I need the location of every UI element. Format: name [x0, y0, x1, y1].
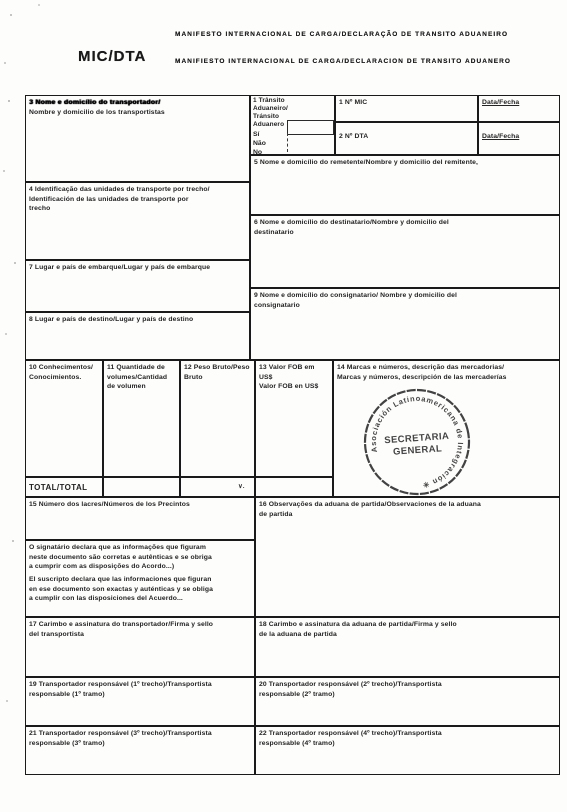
field-13-fob-value-cell: 13 Valor FOB em US$ Valor FOB en US$ [255, 360, 333, 477]
declaration-cell: O signatário declara que as informações … [25, 540, 255, 617]
scan-noise [0, 0, 2, 2]
field-17-carrier-signature-cell: 17 Carimbo e assinatura do transportador… [25, 617, 255, 677]
field-22-carrier-leg4-cell: 22 Transportador responsável (4º trecho)… [255, 726, 560, 775]
field-11-packages-cell: 11 Quantidade de volumes/Cantidad de vol… [103, 360, 180, 477]
field-8-destination-place-cell: 8 Lugar e país de destino/Lugar y país d… [25, 312, 250, 360]
field-16-customs-observations-cell: 16 Observações da aduana de partida/Obse… [255, 497, 560, 617]
field-11-label: 11 Quantidade de volumes/Cantidad de vol… [107, 363, 176, 392]
field-8-label: 8 Lugar e país de destino/Lugar y país d… [29, 315, 246, 325]
field-9-label: 9 Nome e domicílio do consignatario/ Nom… [254, 291, 556, 310]
total-fob-cell [255, 477, 333, 497]
field-7-loading-place-cell: 7 Lugar e país de embarque/Lugar y país … [25, 260, 250, 312]
field-5-label: 5 Nome e domicílio do remetente/Nombre y… [254, 158, 556, 168]
field-17-label: 17 Carimbo e assinatura do transportador… [29, 620, 251, 639]
field-22-label: 22 Transportador responsável (4º trecho)… [259, 729, 556, 748]
transit-si-checkbox [287, 120, 334, 135]
field-10-bills-cell: 10 Conhecimentos/ Conocimientos. [25, 360, 103, 477]
field-5-sender-cell: 5 Nome e domicílio do remetente/Nombre y… [250, 155, 560, 215]
declaration-spanish: El suscripto declara que las informacion… [29, 575, 251, 604]
field-18-label: 18 Carimbo e assinatura da aduana de par… [259, 620, 556, 639]
field-6-consignee-cell: 6 Nome e domicílio do destinatario/Nombr… [250, 215, 560, 288]
field-12-label: 12 Peso Bruto/Peso Bruto [184, 363, 251, 382]
transit-checkbox-dashed-line [287, 133, 289, 152]
declaration-portuguese: O signatário declara que as informações … [29, 543, 251, 572]
stray-scan-mark: ∨. [238, 482, 245, 490]
scanned-form-page: MIC/DTA MANIFESTO INTERNACIONAL DE CARGA… [0, 0, 567, 812]
field-2-dta-number-cell: 2 Nº DTA [335, 122, 478, 155]
field-20-carrier-leg2-cell: 20 Transportador responsável (2º trecho)… [255, 677, 560, 726]
total-packages-cell [103, 477, 180, 497]
field-13-label: 13 Valor FOB em US$ Valor FOB en US$ [259, 363, 329, 392]
field-1-mic-number-cell: 1 Nº MIC [335, 95, 478, 122]
total-label-cell: TOTAL/TOTAL [25, 477, 103, 497]
field-10-label: 10 Conhecimentos/ Conocimientos. [29, 363, 99, 382]
transit-option-nao: Não [253, 139, 332, 148]
field-12-gross-weight-cell: 12 Peso Bruto/Peso Bruto [180, 360, 255, 477]
field-18-customs-signature-cell: 18 Carimbo e assinatura da aduana de par… [255, 617, 560, 677]
form-code-title: MIC/DTA [78, 48, 146, 65]
field-19-carrier-leg1-cell: 19 Transportador responsável (1º trecho)… [25, 677, 255, 726]
field-19-label: 19 Transportador responsável (1º trecho)… [29, 680, 251, 699]
mic-date-cell: Data/Fecha [478, 95, 560, 122]
field-20-label: 20 Transportador responsável (2º trecho)… [259, 680, 556, 699]
field-15-label: 15 Número dos lacres/Números de los Prec… [29, 500, 251, 510]
stamp-center-line2: GENERAL [393, 443, 443, 457]
total-label: TOTAL/TOTAL [29, 483, 99, 492]
field-7-label: 7 Lugar e país de embarque/Lugar y país … [29, 263, 246, 273]
field-3-carrier-cell: 3 Nome e domicílio do transportador/ Nom… [25, 95, 250, 182]
mic-number-label: 1 Nº MIC [339, 98, 474, 108]
field-21-label: 21 Transportador responsável (3º trecho)… [29, 729, 251, 748]
field-6-label: 6 Nome e domicílio do destinatario/Nombr… [254, 218, 556, 237]
secretaria-general-stamp: Asociación Latinoamericana de Integració… [352, 377, 482, 507]
form-title-portuguese: MANIFESTO INTERNACIONAL DE CARGA/DECLARA… [175, 31, 508, 38]
dta-number-label: 2 Nº DTA [339, 132, 474, 142]
field-4-transport-units-cell: 4 Identificação das unidades de transpor… [25, 182, 250, 260]
field-15-seals-cell: 15 Número dos lacres/Números de los Prec… [25, 497, 255, 540]
dta-date-label: Data/Fecha [482, 132, 556, 142]
mic-date-label: Data/Fecha [482, 98, 556, 108]
field-3-label-pt: 3 Nome e domicílio do transportador/ [29, 98, 246, 108]
field-3-label-es: Nombre y domicilio de los transportistas [29, 108, 246, 118]
field-21-carrier-leg3-cell: 21 Transportador responsável (3º trecho)… [25, 726, 255, 775]
field-9-consignatary-cell: 9 Nome e domicílio do consignatario/ Nom… [250, 288, 560, 360]
field-1-customs-transit-cell: 1 Trânsito Aduaneiro/ Tránsito Aduanero … [250, 95, 335, 155]
form-title-spanish: MANIFIESTO INTERNACIONAL DE CARGA/DECLAR… [175, 58, 511, 65]
field-4-label: 4 Identificação das unidades de transpor… [29, 185, 246, 214]
dta-date-cell: Data/Fecha [478, 122, 560, 155]
